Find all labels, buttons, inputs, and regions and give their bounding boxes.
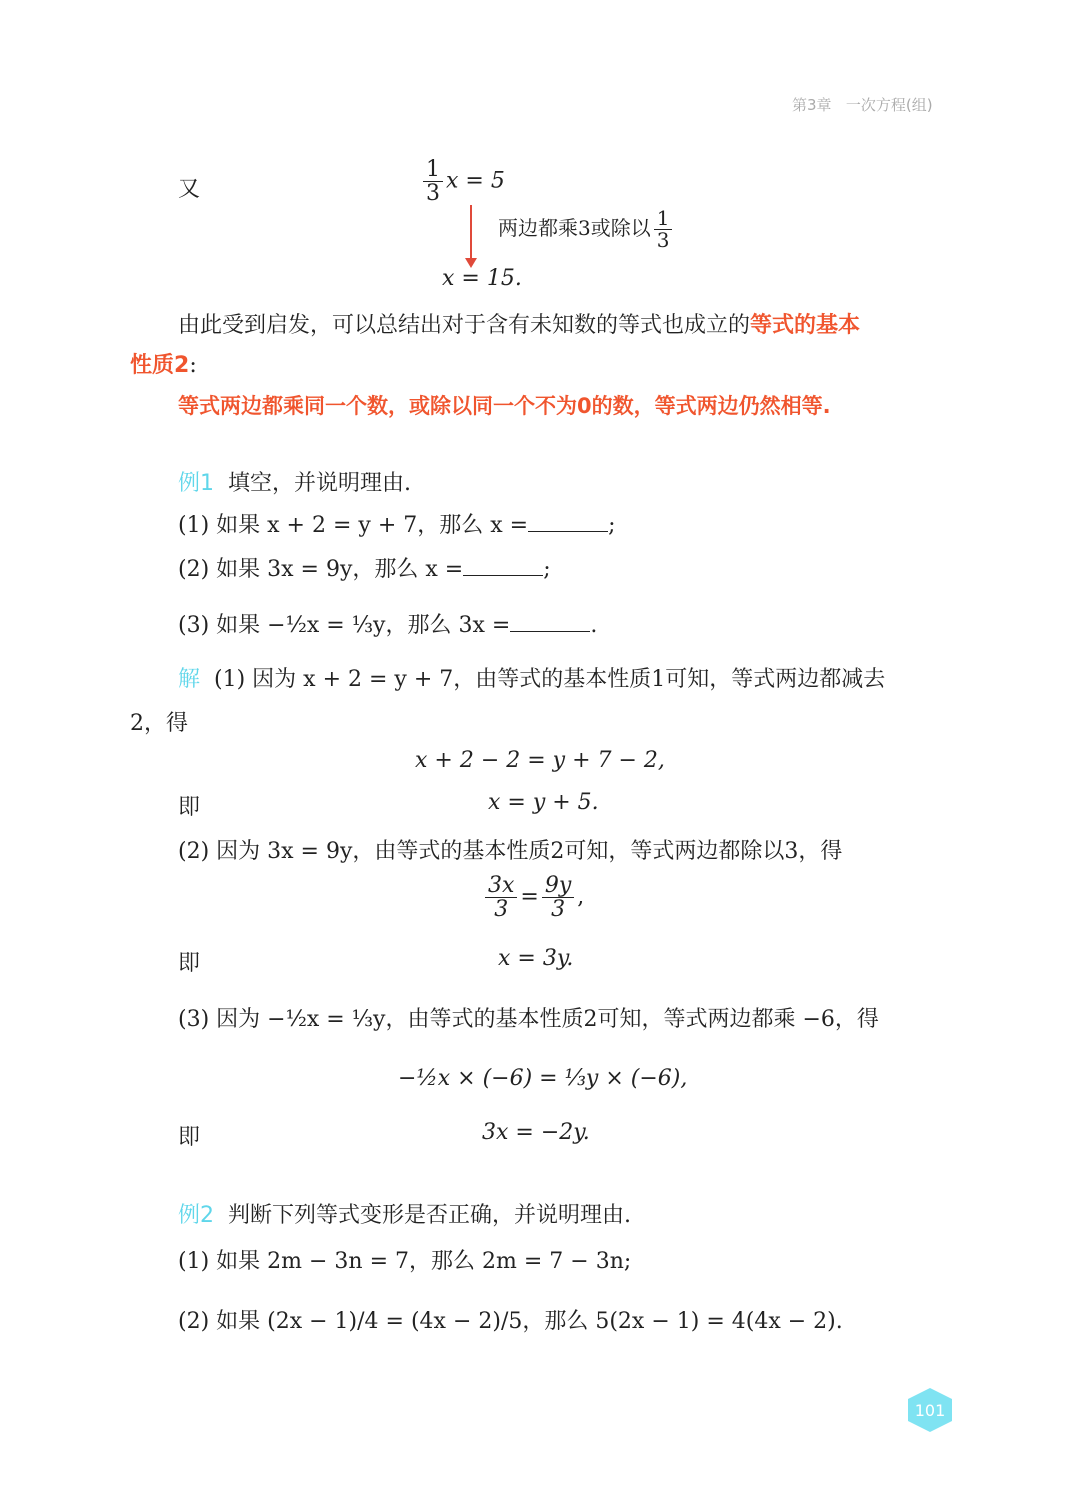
- property-2: 等式两边都乘同一个数，或除以同一个不为0的数，等式两边仍然相等.: [178, 390, 831, 420]
- solution-2-result: x = 3y.: [498, 946, 573, 971]
- fraction: 13: [423, 158, 443, 205]
- example-1-item: (1) 如果 x + 2 = y + 7，那么 x =;: [178, 508, 616, 539]
- intro-paragraph-cont: 性质2:: [130, 348, 197, 379]
- label-ji: 即: [178, 790, 200, 821]
- solution-2-line: (2) 因为 3x = 9y，由等式的基本性质2可知，等式两边都除以3，得: [178, 834, 842, 865]
- example-1-item: (2) 如果 3x = 9y，那么 x =;: [178, 552, 551, 583]
- chapter-number: 第3章: [792, 96, 832, 114]
- page-number-badge: 101: [908, 1388, 952, 1432]
- chapter-header: 第3章 一次方程(组): [792, 94, 933, 115]
- arrow-down-icon: [470, 205, 472, 260]
- equation-2: x = 15.: [442, 266, 522, 291]
- solution-1-equation: x + 2 − 2 = y + 7 − 2,: [415, 748, 665, 773]
- solution-3-result: 3x = −2y.: [482, 1120, 590, 1145]
- example-1-heading: 例1 填空，并说明理由.: [178, 466, 411, 497]
- example-2-item: (1) 如果 2m − 3n = 7，那么 2m = 7 − 3n;: [178, 1244, 631, 1275]
- chapter-title: 一次方程(组): [846, 96, 933, 114]
- answer-blank[interactable]: [510, 613, 590, 632]
- example-1-item: (3) 如果 −½x = ⅓y，那么 3x =.: [178, 608, 597, 639]
- equation-1: 13x = 5: [420, 158, 505, 205]
- solution-1-result: x = y + 5.: [488, 790, 599, 815]
- transform-note: 两边都乘3或除以13: [498, 208, 675, 251]
- solution-3-equation: −½x × (−6) = ⅓y × (−6),: [398, 1066, 687, 1091]
- solution-3-line: (3) 因为 −½x = ⅓y，由等式的基本性质2可知，等式两边都乘 −6，得: [178, 1002, 879, 1033]
- label-again: 又: [178, 172, 200, 203]
- solution-1-cont: 2，得: [130, 706, 188, 737]
- example-2-item: (2) 如果 (2x − 1)/4 = (4x − 2)/5，那么 5(2x −…: [178, 1304, 843, 1335]
- answer-blank[interactable]: [463, 557, 543, 576]
- label-ji: 即: [178, 1120, 200, 1151]
- solution-1-line: 解 (1) 因为 x + 2 = y + 7，由等式的基本性质1可知，等式两边都…: [178, 662, 885, 693]
- label-ji: 即: [178, 946, 200, 977]
- intro-paragraph: 由此受到启发，可以总结出对于含有未知数的等式也成立的等式的基本: [178, 308, 860, 339]
- solution-2-equation: 3x3=9y3,: [482, 874, 584, 921]
- example-2-heading: 例2 判断下列等式变形是否正确，并说明理由.: [178, 1198, 631, 1229]
- answer-blank[interactable]: [528, 513, 608, 532]
